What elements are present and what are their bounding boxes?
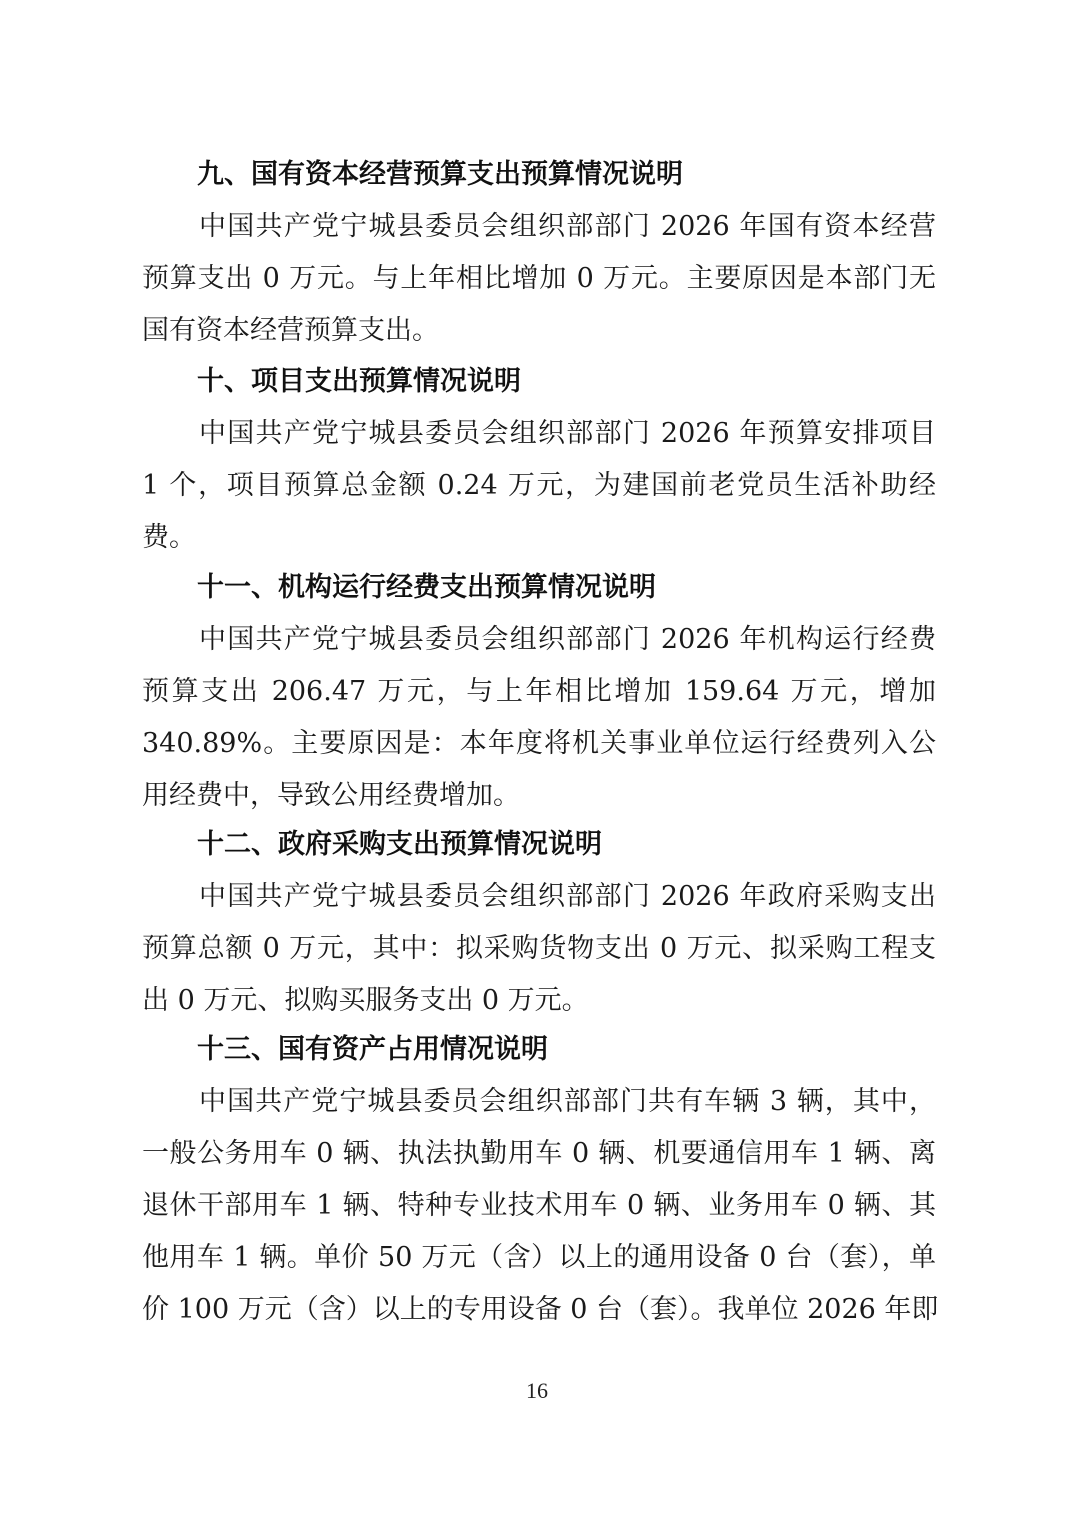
paragraph-line: 用经费中，导致公用经费增加。 (142, 776, 936, 816)
paragraph-line: 340.89%。主要原因是：本年度将机关事业单位运行经费列入公 (142, 724, 936, 764)
paragraph-line: 预算支出 0 万元。与上年相比增加 0 万元。主要原因是本部门无 (142, 259, 936, 299)
section-heading-12: 十二、政府采购支出预算情况说明 (197, 825, 602, 865)
paragraph-line: 中国共产党宁城县委员会组织部部门 2026 年政府采购支出 (199, 877, 936, 917)
paragraph-line: 中国共产党宁城县委员会组织部部门共有车辆 3 辆，其中， (199, 1082, 936, 1122)
paragraph-line: 一般公务用车 0 辆、执法执勤用车 0 辆、机要通信用车 1 辆、离 (142, 1134, 936, 1174)
paragraph-line: 费。 (142, 518, 936, 558)
section-heading-10: 十、项目支出预算情况说明 (197, 362, 521, 402)
paragraph-line: 预算支出 206.47 万元，与上年相比增加 159.64 万元，增加 (142, 672, 936, 712)
section-heading-11: 十一、机构运行经费支出预算情况说明 (197, 568, 656, 608)
document-page: 九、国有资本经营预算支出预算情况说明 中国共产党宁城县委员会组织部部门 2026… (0, 0, 1074, 1520)
paragraph-line: 国有资本经营预算支出。 (142, 311, 936, 351)
paragraph-line: 中国共产党宁城县委员会组织部部门 2026 年国有资本经营 (199, 207, 936, 247)
section-heading-9: 九、国有资本经营预算支出预算情况说明 (197, 155, 683, 195)
paragraph-line: 出 0 万元、拟购买服务支出 0 万元。 (142, 981, 936, 1021)
paragraph-line: 退休干部用车 1 辆、特种专业技术用车 0 辆、业务用车 0 辆、其 (142, 1186, 936, 1226)
paragraph-line: 中国共产党宁城县委员会组织部部门 2026 年预算安排项目 (199, 414, 936, 454)
paragraph-line: 价 100 万元（含）以上的专用设备 0 台（套）。我单位 2026 年即 (142, 1290, 936, 1330)
page-number: 16 (0, 1378, 1074, 1404)
paragraph-line: 1 个，项目预算总金额 0.24 万元，为建国前老党员生活补助经 (142, 466, 936, 506)
paragraph-line: 中国共产党宁城县委员会组织部部门 2026 年机构运行经费 (199, 620, 936, 660)
paragraph-line: 他用车 1 辆。单价 50 万元（含）以上的通用设备 0 台（套），单 (142, 1238, 936, 1278)
section-heading-13: 十三、国有资产占用情况说明 (197, 1030, 548, 1070)
paragraph-line: 预算总额 0 万元，其中：拟采购货物支出 0 万元、拟采购工程支 (142, 929, 936, 969)
